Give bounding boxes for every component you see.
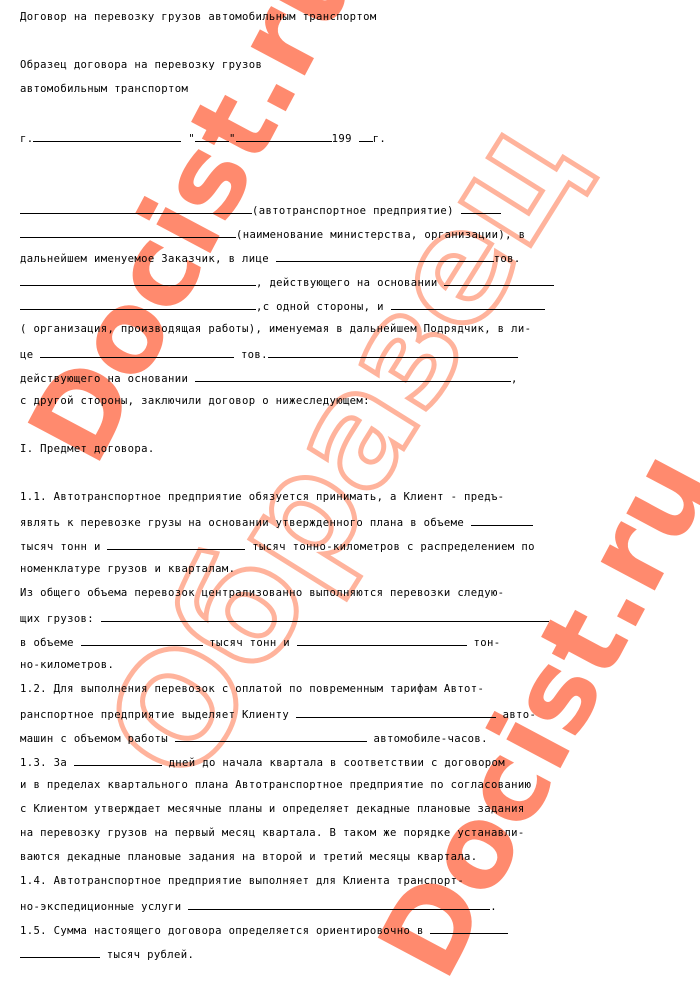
days-prefix: 1.3. За <box>20 757 67 769</box>
sum-cont-field[interactable] <box>20 946 100 958</box>
subtitle-line-1: Образец договора на перевозку грузов <box>20 58 262 72</box>
vehicles-text: ранспортное предприятие выделяет Клиенту <box>20 709 289 721</box>
vehicle-hours-label: автомобиле-часов. <box>373 733 487 745</box>
city-field[interactable] <box>33 130 181 142</box>
parties-line-1: (автотранспортное предприятие) <box>20 202 501 216</box>
services-text: но-экспедиционные услуги <box>20 901 181 913</box>
contractor-rep-field[interactable] <box>40 346 234 358</box>
sum-text: 1.5. Сумма настоящего договора определяе… <box>20 925 424 937</box>
vehicle-hours-field[interactable] <box>175 730 367 742</box>
clause-1-1-line-5: Из общего объема перевозок централизован… <box>20 586 504 600</box>
customer-basis-cont-field[interactable] <box>20 298 256 310</box>
clause-1-1-text: являть к перевозке грузы на основании ут… <box>20 517 464 529</box>
carrier-name-field[interactable] <box>20 202 252 214</box>
contractor-name-field[interactable] <box>391 298 545 310</box>
services-field[interactable] <box>188 898 490 910</box>
central-ton-km-field[interactable] <box>297 634 467 646</box>
central-tons-label: тысяч тонн и <box>209 637 290 649</box>
clause-1-2-line-1: 1.2. Для выполнения перевозок с оплатой … <box>20 682 484 696</box>
customer-rep-field[interactable] <box>276 250 494 262</box>
contractor-basis-text: действующего на основании <box>20 373 188 385</box>
city-prefix: г. <box>20 133 33 145</box>
month-field[interactable] <box>236 130 332 142</box>
clause-1-1-line-8: но-километров. <box>20 658 114 672</box>
contractor-rep-name-field[interactable] <box>268 346 518 358</box>
days-field[interactable] <box>74 754 162 766</box>
cargo-label: щих грузов: <box>20 613 94 625</box>
clause-1-1-line-6: щих грузов: <box>20 610 549 624</box>
document-title: Договор на перевозку грузов автомобильны… <box>20 10 377 24</box>
first-party-text: ,с одной стороны, и <box>256 301 384 313</box>
clause-1-4-line-2: но-экспедиционные услуги . <box>20 898 497 912</box>
workload-text: машин с объемом работы <box>20 733 168 745</box>
ton-km-field[interactable] <box>107 538 245 550</box>
vehicles-count-field[interactable] <box>296 706 496 718</box>
year-suffix: г. <box>373 133 386 145</box>
clause-1-5-line-1: 1.5. Сумма настоящего договора определяе… <box>20 922 508 936</box>
ministry-label: (наименование министерства, организации)… <box>236 229 525 241</box>
contractor-rep-prefix: це <box>20 349 33 361</box>
ton-km-label: тысяч тонно-километров с распределением … <box>252 541 535 553</box>
watermark-site-left: Docist.ru <box>4 0 388 483</box>
clause-1-3-line-3: с Клиентом утверждает месячные планы и о… <box>20 802 525 816</box>
contractor-basis-end: , <box>511 373 518 385</box>
section-1-title: I. Предмет договора. <box>20 442 155 456</box>
clause-1-1-line-4: номенклатуре грузов и кварталам. <box>20 562 235 576</box>
quote-close: " <box>229 133 236 145</box>
parties-line-9: с другой стороны, заключили договор о ни… <box>20 394 370 408</box>
sum-field[interactable] <box>430 922 508 934</box>
parties-line-2: (наименование министерства, организации)… <box>20 226 525 240</box>
year-prefix: 199 <box>332 133 352 145</box>
quote-open: " <box>188 133 195 145</box>
year-field[interactable] <box>359 130 373 142</box>
customer-rep-suffix: тов. <box>494 253 521 265</box>
central-ton-km-label: тон- <box>474 637 501 649</box>
parties-line-3: дальнейшем именуемое Заказчик, в лице то… <box>20 250 521 264</box>
customer-basis-text: , действующего на основании <box>256 277 438 289</box>
parties-line-8: действующего на основании , <box>20 370 518 384</box>
clause-1-2-line-2: ранспортное предприятие выделяет Клиенту… <box>20 706 536 720</box>
day-field[interactable] <box>195 130 229 142</box>
tons-label: тысяч тонн и <box>20 541 101 553</box>
parties-line-5: ,с одной стороны, и <box>20 298 545 312</box>
volume-tons-field[interactable] <box>471 514 533 526</box>
contractor-basis-field[interactable] <box>195 370 511 382</box>
subtitle-line-2: автомобильным транспортом <box>20 82 188 96</box>
days-text: дней до начала квартала в соответствии с… <box>169 757 505 769</box>
parties-line-7: це тов. <box>20 346 518 360</box>
carrier-label: (автотранспортное предприятие) <box>252 205 454 217</box>
sum-unit-label: тысяч рублей. <box>107 949 194 961</box>
clause-1-3-line-1: 1.3. За дней до начала квартала в соотве… <box>20 754 505 768</box>
place-date-line: г. ""199 г. <box>20 130 386 144</box>
clause-1-1-line-7: в объеме тысяч тонн и тон- <box>20 634 500 648</box>
clause-1-3-line-5: ваются декадные плановые задания на втор… <box>20 850 478 864</box>
customer-rep-name-field[interactable] <box>20 274 256 286</box>
cargo-list-field[interactable] <box>101 610 549 622</box>
carrier-extra-field[interactable] <box>461 202 501 214</box>
parties-line-6: ( организация, производящая работы), име… <box>20 322 531 336</box>
ministry-field[interactable] <box>20 226 236 238</box>
volume-label: в объеме <box>20 637 74 649</box>
contractor-rep-suffix: тов. <box>241 349 268 361</box>
customer-basis-field[interactable] <box>444 274 554 286</box>
clause-1-1-line-2: являть к перевозке грузы на основании ут… <box>20 514 533 528</box>
vehicles-label: авто- <box>503 709 537 721</box>
customer-text: дальнейшем именуемое Заказчик, в лице <box>20 253 269 265</box>
clause-1-1-line-1: 1.1. Автотранспортное предприятие обязуе… <box>20 490 504 504</box>
clause-1-5-line-2: тысяч рублей. <box>20 946 194 960</box>
clause-1-3-line-4: на перевозку грузов на первый месяц квар… <box>20 826 525 840</box>
clause-1-2-line-3: машин с объемом работы автомобиле-часов. <box>20 730 488 744</box>
clause-1-3-line-2: и в пределах квартального плана Автотран… <box>20 778 531 792</box>
clause-1-1-line-3: тысяч тонн и тысяч тонно-километров с ра… <box>20 538 535 552</box>
clause-1-4-line-1: 1.4. Автотранспортное предприятие выполн… <box>20 874 464 888</box>
central-tons-field[interactable] <box>81 634 203 646</box>
parties-line-4: , действующего на основании <box>20 274 554 288</box>
services-end: . <box>490 901 497 913</box>
